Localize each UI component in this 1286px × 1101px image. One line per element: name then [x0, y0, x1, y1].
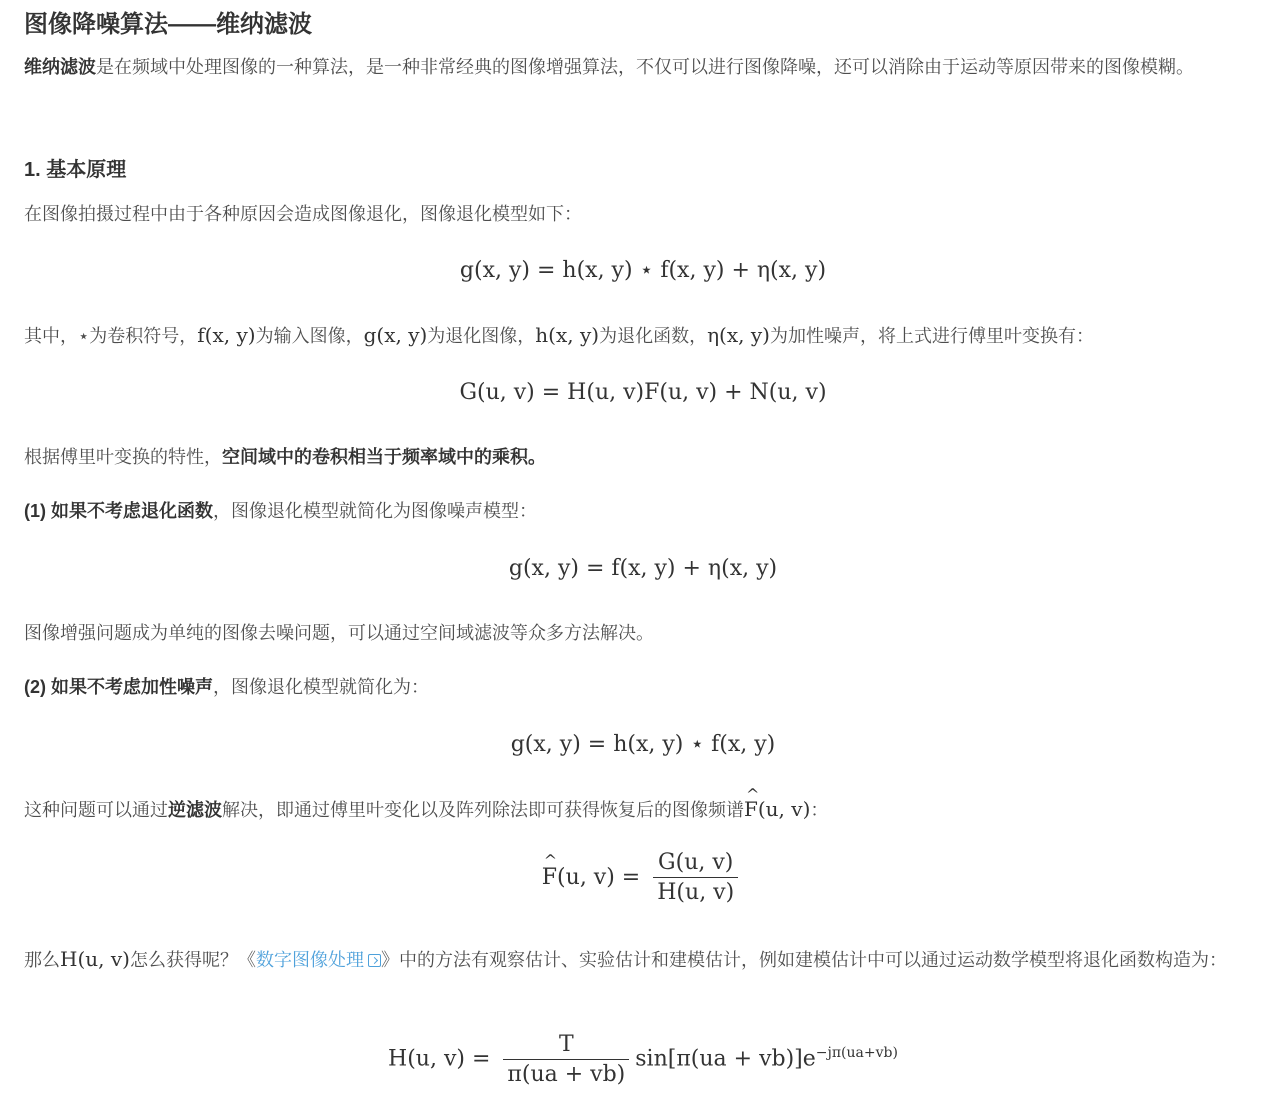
math-g: g(x, y) [364, 323, 428, 347]
bold-text: 逆滤波 [168, 800, 222, 820]
eq-lhs: H(u, v) = [388, 1047, 490, 1072]
denominator: π(ua + vb) [503, 1059, 629, 1087]
fraction: G(u, v) H(u, v) [653, 850, 738, 905]
star-symbol: ⋆ [78, 326, 89, 346]
math-f: f(x, y) [197, 323, 255, 347]
equation-noise-model: g(x, y) = f(x, y) + η(x, y) [0, 556, 1286, 581]
text: 为退化函数， [599, 326, 707, 346]
equation-degradation-model: g(x, y) = h(x, y) ⋆ f(x, y) + η(x, y) [0, 258, 1286, 283]
paragraph-convolution: 根据傅里叶变换的特性，空间域中的卷积相当于频率域中的乘积。 [24, 440, 1274, 474]
text: 为退化图像， [427, 326, 535, 346]
fraction: T π(ua + vb) [503, 1032, 629, 1087]
paragraph-denoise: 图像增强问题成为单纯的图像去噪问题，可以通过空间域滤波等众多方法解决。 [24, 616, 1274, 650]
exponent: −jπ(ua+vb) [816, 1045, 898, 1061]
equation-inverse-filter: F(u, v) = G(u, v) H(u, v) [0, 850, 1286, 905]
text: 为加性噪声，将上式进行傅里叶变换有： [770, 326, 1094, 346]
intro-text: 是在频域中处理图像的一种算法，是一种非常经典的图像增强算法，不仅可以进行图像降噪… [96, 57, 1194, 77]
text: ，图像退化模型就简化为： [213, 677, 429, 697]
equation-blur-model: g(x, y) = h(x, y) ⋆ f(x, y) [0, 732, 1286, 757]
paragraph-case1: (1) 如果不考虑退化函数，图像退化模型就简化为图像噪声模型： [24, 494, 1274, 528]
text: 这种问题可以通过 [24, 800, 168, 820]
math-h: h(x, y) [535, 323, 599, 347]
bold-text: 空间域中的卷积相当于频率域中的乘积。 [222, 447, 546, 467]
math-fhat: F(u, v) [744, 792, 810, 826]
text: 其中， [24, 326, 78, 346]
text: ： [810, 800, 828, 820]
math-eta: η(x, y) [707, 323, 770, 347]
numerator: G(u, v) [654, 850, 737, 877]
text: ，图像退化模型就简化为图像噪声模型： [213, 501, 537, 521]
text: 怎么获得呢？《 [130, 950, 256, 970]
section-heading: 1. 基本原理 [24, 155, 126, 185]
paragraph-h-estimation: 那么H(u, v)怎么获得呢？《数字图像处理》中的方法有观察估计、实验估计和建模… [24, 942, 1274, 977]
numerator: T [555, 1032, 578, 1059]
intro-paragraph: 维纳滤波是在频域中处理图像的一种算法，是一种非常经典的图像增强算法，不仅可以进行… [24, 50, 1274, 84]
paragraph-inverse-filter: 这种问题可以通过逆滤波解决，即通过傅里叶变化以及阵列除法即可获得恢复后的图像频谱… [24, 792, 1274, 827]
link-text[interactable]: 数字图像处理 [256, 950, 364, 970]
intro-bold: 维纳滤波 [24, 57, 96, 77]
external-link-icon[interactable] [368, 954, 381, 967]
paragraph-degradation: 在图像拍摄过程中由于各种原因会造成图像退化，图像退化模型如下： [24, 197, 1274, 231]
text: 那么 [24, 950, 60, 970]
eq-rest: sin[π(ua + vb)]e [635, 1047, 816, 1072]
paragraph-symbols: 其中，⋆为卷积符号，f(x, y)为输入图像，g(x, y)为退化图像，h(x,… [24, 318, 1274, 353]
denominator: H(u, v) [653, 877, 738, 905]
case1-bold: (1) 如果不考虑退化函数 [24, 501, 213, 521]
text: 根据傅里叶变换的特性， [24, 447, 222, 467]
equation-fourier: G(u, v) = H(u, v)F(u, v) + N(u, v) [0, 380, 1286, 405]
equation-motion-model: H(u, v) = T π(ua + vb) sin[π(ua + vb)]e−… [0, 1032, 1286, 1087]
eq-lhs: F(u, v) = [542, 865, 640, 890]
text: 为卷积符号， [89, 326, 197, 346]
math-H: H(u, v) [60, 947, 130, 971]
page-title: 图像降噪算法——维纳滤波 [24, 8, 312, 42]
case2-bold: (2) 如果不考虑加性噪声 [24, 677, 213, 697]
book-link[interactable]: 数字图像处理 [256, 950, 381, 970]
text: 解决，即通过傅里叶变化以及阵列除法即可获得恢复后的图像频谱 [222, 800, 744, 820]
paragraph-case2: (2) 如果不考虑加性噪声，图像退化模型就简化为： [24, 670, 1274, 704]
text: 》中的方法有观察估计、实验估计和建模估计，例如建模估计中可以通过运动数学模型将退… [381, 950, 1227, 970]
text: 为输入图像， [256, 326, 364, 346]
